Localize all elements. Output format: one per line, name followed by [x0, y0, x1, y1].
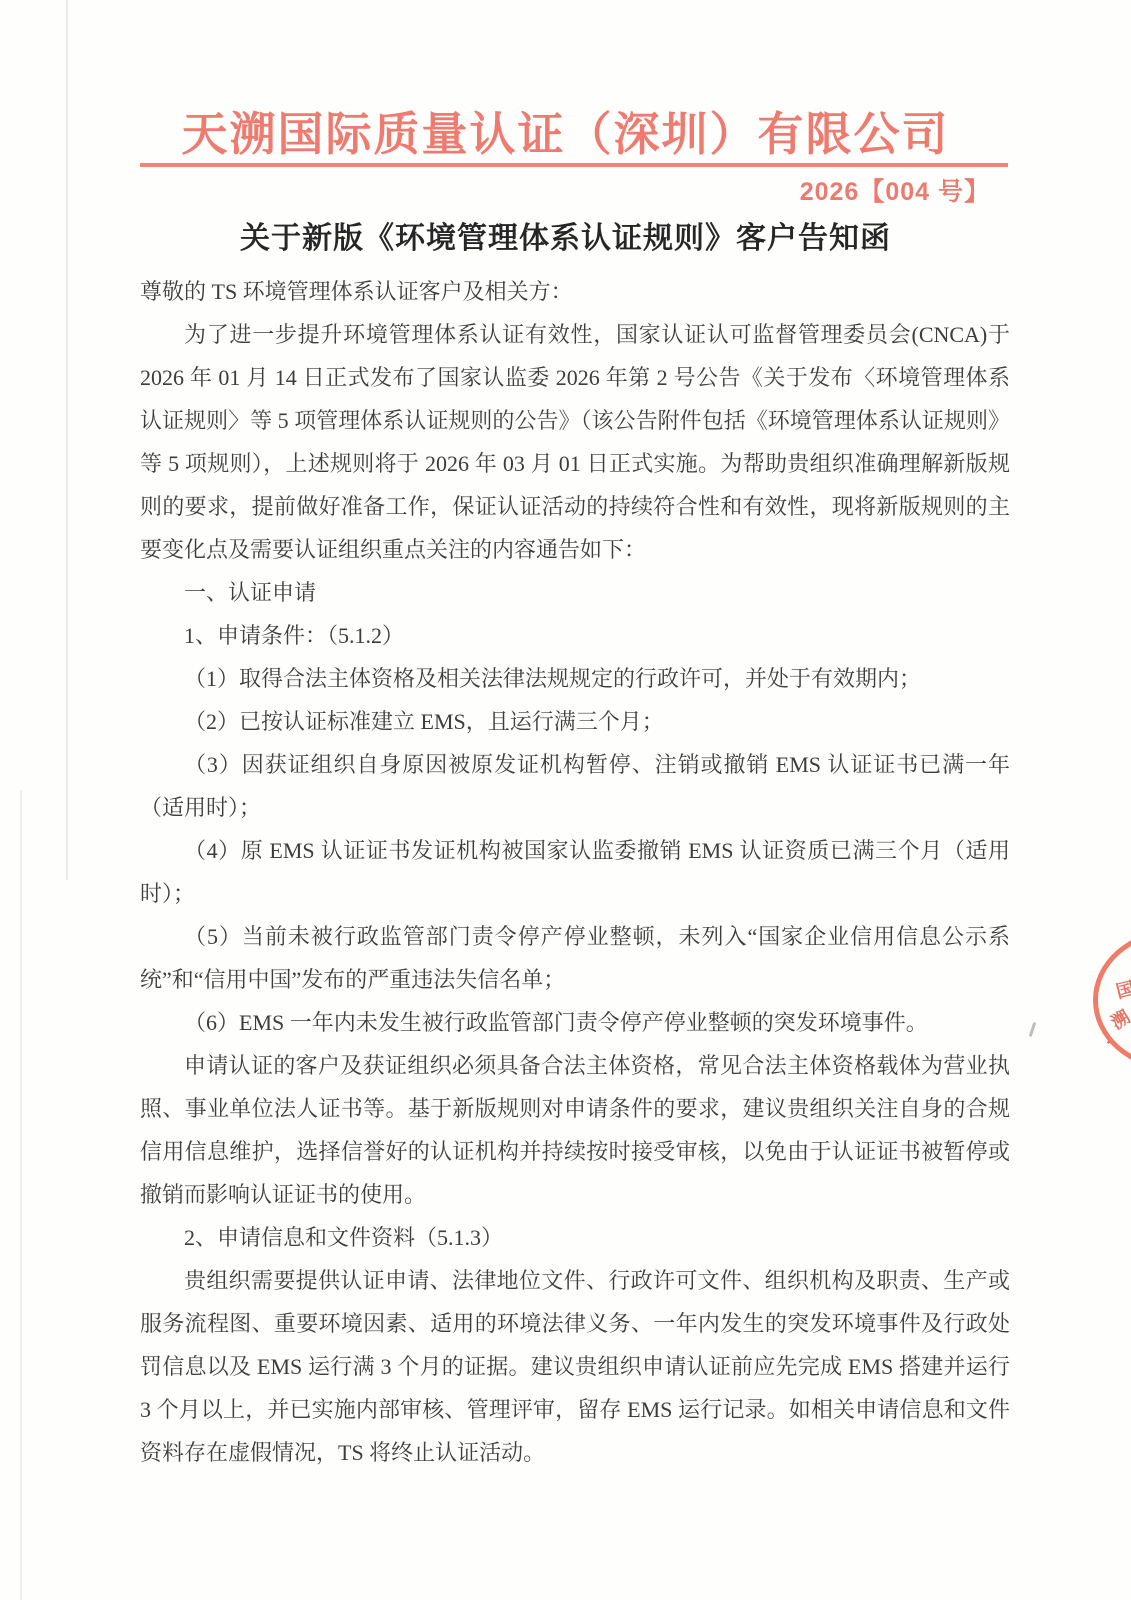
scan-speck — [1029, 1022, 1036, 1037]
list-item: （5）当前未被行政监管部门责令停产停业整顿，未列入“国家企业信用信息公示系统”和… — [140, 915, 1010, 1001]
company-name-letterhead: 天溯国际质量认证（深圳）有限公司 — [0, 98, 1131, 164]
body-paragraph: 为了进一步提升环境管理体系认证有效性，国家认证认可监督管理委员会(CNCA)于 … — [140, 313, 1010, 571]
salutation: 尊敬的 TS 环境管理体系认证客户及相关方： — [140, 270, 1010, 313]
document-page: 天溯国际质量认证（深圳）有限公司 2026【004 号】 关于新版《环境管理体系… — [0, 0, 1131, 1600]
body-paragraph: 贵组织需要提供认证申请、法律地位文件、行政许可文件、组织机构及职责、生产或服务流… — [140, 1259, 1010, 1474]
subsection-heading: 1、申请条件：（5.1.2） — [140, 614, 1010, 657]
list-item: （2）已按认证标准建立 EMS，且运行满三个月； — [140, 700, 1010, 743]
document-title: 关于新版《环境管理体系认证规则》客户告知函 — [0, 213, 1131, 257]
subsection-heading: 2、申请信息和文件资料（5.1.3） — [140, 1216, 1010, 1259]
list-item: （1）取得合法主体资格及相关法律法规规定的行政许可，并处于有效期内； — [140, 657, 1010, 700]
section-heading: 一、认证申请 — [140, 571, 1010, 614]
list-item: （3）因获证组织自身原因被原发证机构暂停、注销或撤销 EMS 认证证书已满一年（… — [140, 743, 1010, 829]
document-body: 尊敬的 TS 环境管理体系认证客户及相关方： 为了进一步提升环境管理体系认证有效… — [140, 270, 1010, 1474]
list-item: （4）原 EMS 认证证书发证机构被国家认监委撤销 EMS 认证资质已满三个月（… — [140, 829, 1010, 915]
body-paragraph: 申请认证的客户及获证组织必须具备合法主体资格，常见合法主体资格载体为营业执照、事… — [140, 1044, 1010, 1216]
list-item: （6）EMS 一年内未发生被行政监管部门责令停产停业整顿的突发环境事件。 — [140, 1001, 1010, 1044]
company-seal-stamp: 国 溯 · — [1063, 918, 1131, 1088]
scan-artifact-line — [20, 790, 22, 1600]
document-number: 2026【004 号】 — [800, 172, 990, 208]
letterhead-divider — [140, 163, 1008, 167]
